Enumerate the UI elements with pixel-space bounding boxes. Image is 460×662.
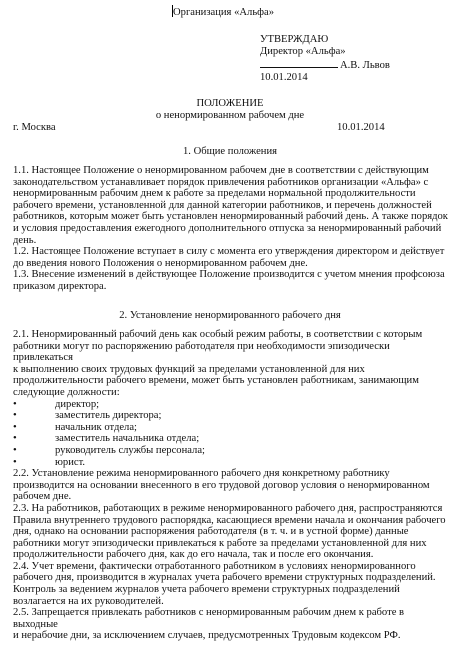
list-item-text: директор; — [55, 399, 99, 410]
document-title: ПОЛОЖЕНИЕ — [0, 98, 460, 110]
approval-block: УТВЕРЖДАЮ Директор «Альфа» А.В. Львов 10… — [260, 34, 390, 84]
list-item: •заместитель директора; — [13, 410, 433, 422]
text-line: следующие должности: — [13, 387, 433, 399]
approval-signature: А.В. Львов — [260, 58, 390, 72]
text-line: работники могут эпизодически привлекатьс… — [13, 538, 433, 550]
positions-list: •директор; •заместитель директора; •нача… — [13, 399, 433, 469]
signature-line — [260, 58, 338, 68]
text-line: ненормированным рабочим днем к работе за… — [13, 188, 433, 200]
text-line: Правила внутреннего трудового распорядка… — [13, 515, 433, 527]
list-item-text: заместитель начальника отдела; — [55, 433, 199, 444]
text-line: выходные — [13, 619, 433, 631]
document-subtitle: о ненормированном рабочем дне — [0, 110, 460, 122]
list-item: •начальник отдела; — [13, 422, 433, 434]
text-line: и условия предоставления ежегодного допо… — [13, 223, 433, 235]
section-2-body: 2.1. Ненормированный рабочий день как ос… — [13, 329, 433, 642]
text-line: Контроль за ведением журналов учета рабо… — [13, 584, 433, 596]
text-line: 1.2. Настоящее Положение вступает в силу… — [13, 246, 433, 258]
section-2-heading: 2. Установление ненормированного рабочег… — [0, 310, 460, 322]
bullet-icon: • — [13, 457, 17, 469]
approval-date: 10.01.2014 — [260, 72, 390, 84]
text-line: рабочего дня, производится в журналах уч… — [13, 572, 433, 584]
text-line: 2.5. Запрещается привлекать работников с… — [13, 607, 433, 619]
section-1-body: 1.1. Настоящее Положение о ненормированн… — [13, 165, 433, 293]
text-line: работников, которым может быть установле… — [13, 211, 433, 223]
bullet-icon: • — [13, 410, 17, 422]
bullet-icon: • — [13, 399, 17, 411]
bullet-icon: • — [13, 433, 17, 445]
text-line: 2.3. На работников, работающих в режиме … — [13, 503, 433, 515]
text-line: до введения нового Положения о ненормиро… — [13, 258, 433, 270]
list-item: •руководитель службы персонала; — [13, 445, 433, 457]
list-item-text: юрист. — [55, 457, 85, 468]
text-line: 2.4. Учет времени, фактически отработанн… — [13, 561, 433, 573]
text-line: работники могут по распоряжению работода… — [13, 341, 433, 353]
text-line: 2.1. Ненормированный рабочий день как ос… — [13, 329, 433, 341]
text-line: и нерабочие дни, за исключением случаев,… — [13, 630, 433, 642]
list-item: •директор; — [13, 399, 433, 411]
signature-name: А.В. Львов — [340, 60, 390, 71]
list-item-text: заместитель директора; — [55, 410, 161, 421]
text-line: законодательством устанавливает порядок … — [13, 177, 433, 189]
text-line: рабочем дне. — [13, 491, 433, 503]
text-line: к выполнению своих трудовых функций за п… — [13, 364, 433, 376]
list-item: •юрист. — [13, 457, 433, 469]
text-line: рабочего времени, установленной для данн… — [13, 200, 433, 212]
text-line: дня, однако на основании распоряжения ра… — [13, 526, 433, 538]
organization-label: Организация «Альфа» — [173, 7, 274, 18]
text-line: приказом директора. — [13, 281, 433, 293]
list-item: •заместитель начальника отдела; — [13, 433, 433, 445]
text-line: привлекаться — [13, 352, 433, 364]
organization-name[interactable]: Организация «Альфа» — [172, 5, 274, 19]
text-line: день. — [13, 235, 433, 247]
section-1-heading: 1. Общие положения — [0, 146, 460, 158]
text-line: 1.1. Настоящее Положение о ненормированн… — [13, 165, 433, 177]
list-item-text: начальник отдела; — [55, 422, 137, 433]
text-line: 2.2. Установление режима ненормированног… — [13, 468, 433, 480]
list-item-text: руководитель службы персонала; — [55, 445, 205, 456]
bullet-icon: • — [13, 422, 17, 434]
document-date: 10.01.2014 — [337, 122, 385, 134]
bullet-icon: • — [13, 445, 17, 457]
text-line: 1.3. Внесение изменений в действующее По… — [13, 269, 433, 281]
approval-label: УТВЕРЖДАЮ — [260, 34, 390, 46]
approval-position: Директор «Альфа» — [260, 46, 390, 58]
text-line: производится на основании внесенного в е… — [13, 480, 433, 492]
text-line: продолжительности рабочего времени, може… — [13, 375, 433, 387]
text-line: продолжительности рабочего дня, как до е… — [13, 549, 433, 561]
text-line: возлагается на их руководителей. — [13, 596, 433, 608]
document-city: г. Москва — [13, 122, 56, 134]
